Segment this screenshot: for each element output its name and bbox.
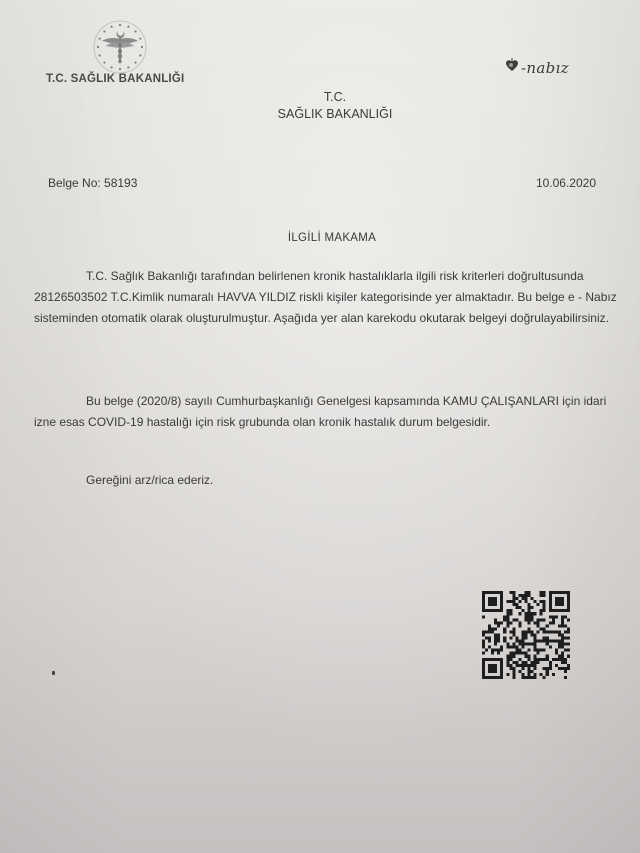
ministry-emblem-icon xyxy=(70,18,170,78)
addressee: İLGİLİ MAKAMA xyxy=(0,232,640,244)
header-ministry: SAĞLIK BAKANLIĞI xyxy=(0,107,640,121)
ministry-name: T.C. SAĞLIK BAKANLIĞI xyxy=(46,73,184,85)
paragraph-risk-statement: T.C. Sağlık Bakanlığı tarafından belirle… xyxy=(34,266,624,329)
paragraph-text: Bu belge (2020/8) sayılı Cumhurbaşkanlığ… xyxy=(34,394,606,429)
document-date: 10.06.2020 xyxy=(536,176,596,190)
document-number: Belge No: 58193 xyxy=(48,176,137,190)
enabiz-heart-icon xyxy=(505,58,519,77)
enabiz-text: -nabız xyxy=(521,59,569,77)
header-tc: T.C. xyxy=(0,90,640,104)
qr-code-icon[interactable] xyxy=(481,591,571,679)
closing-line: Gereğini arz/rica ederiz. xyxy=(86,470,640,491)
enabiz-logo: -nabız xyxy=(505,58,569,77)
paper-speck xyxy=(52,671,55,675)
paragraph-circular: Bu belge (2020/8) sayılı Cumhurbaşkanlığ… xyxy=(34,391,624,433)
paragraph-text: T.C. Sağlık Bakanlığı tarafından belirle… xyxy=(34,269,617,325)
